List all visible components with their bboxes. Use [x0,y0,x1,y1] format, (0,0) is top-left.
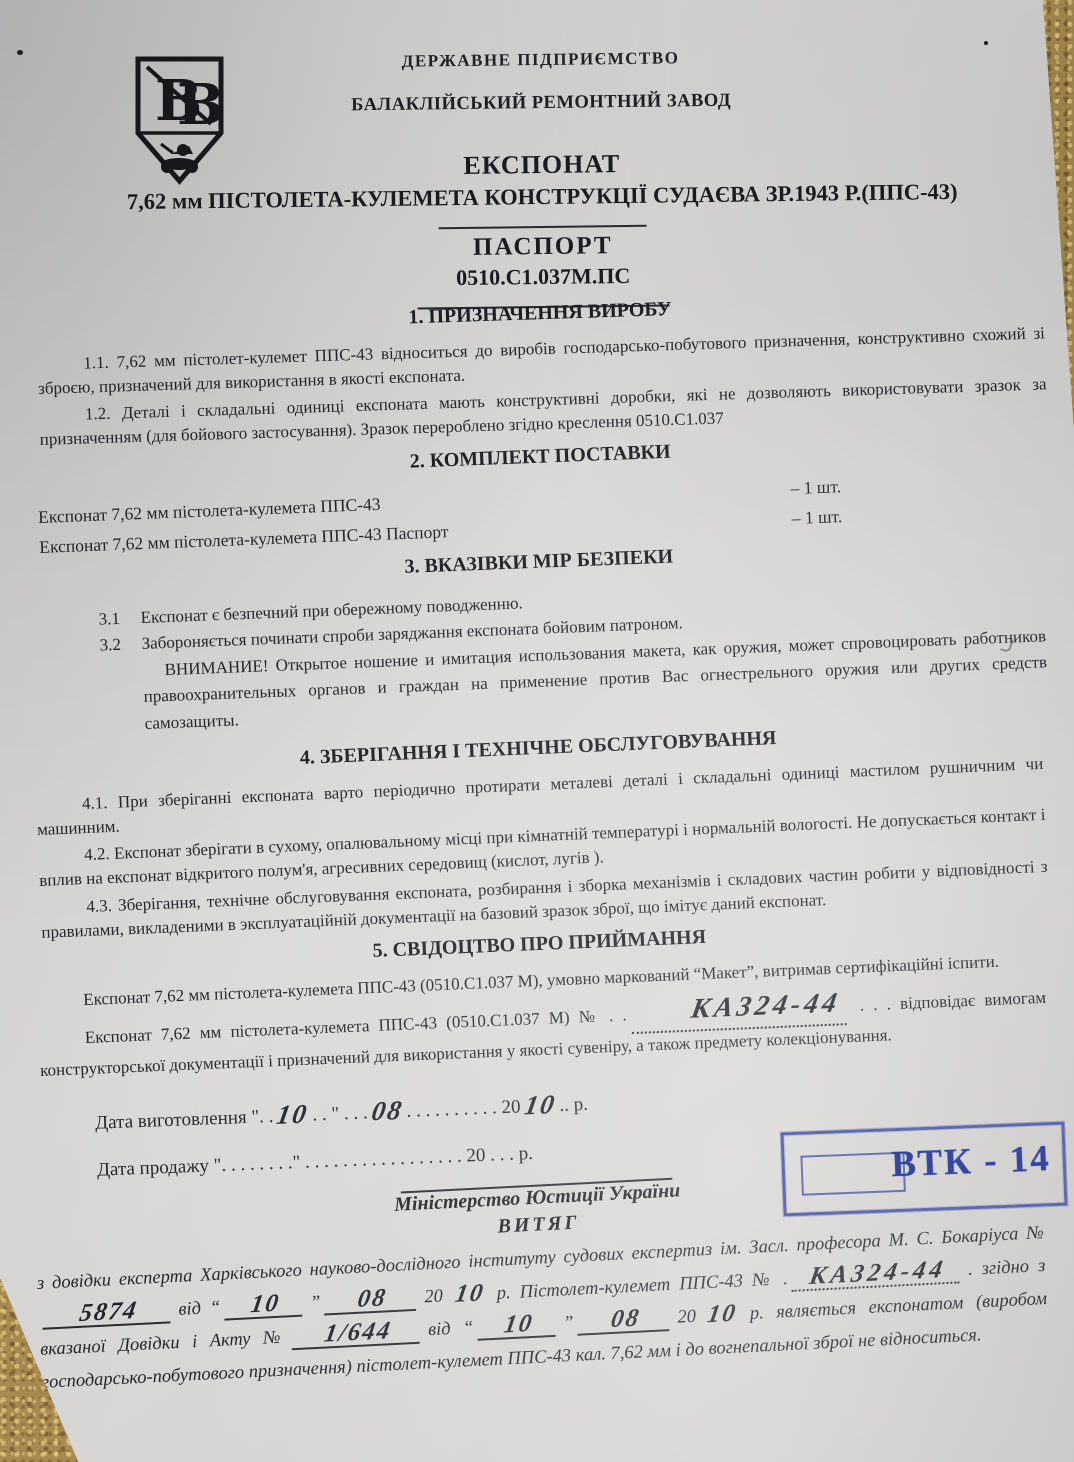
handwritten-month: 08 [324,1284,420,1316]
handwritten-year: 10 [443,1280,497,1308]
handwritten-day: 10 [224,1290,306,1321]
extract-text: ” [310,1293,321,1313]
handwritten-manufacture-day: 10 [275,1099,311,1131]
year-suffix: .. р. [559,1094,588,1116]
extract-text: ” [563,1313,574,1333]
quote-dots: . . " [312,1104,340,1126]
ink-dot [17,50,23,55]
extract-text: 20 [424,1287,443,1308]
section-safety: 3. ВКАЗІВКИ МІР БЕЗПЕКИ 3.1 Експонат є б… [35,531,1049,741]
dot-leader: . . . . . . . . . . . . . . . . . [305,1146,462,1173]
extract-text: 20 [677,1307,696,1328]
extract-text: р. Пістолет-кулемет ППС-43 № . [496,1269,788,1304]
dot-leader: . . . [343,1103,368,1125]
handwritten-serial-number: КА324-44 [632,983,854,1034]
extract-text: від “ [428,1318,474,1340]
sale-date-label: Дата продажу [97,1156,210,1181]
handwritten-month: 08 [577,1304,673,1336]
year-prefix: 20 [466,1145,486,1167]
svg-text:B: B [177,72,224,138]
quote-dots: ". . . . . . . ." [213,1152,301,1176]
vtk-quality-stamp: ВТК - 14 [780,1122,1067,1217]
dot-leader: . . . . . . . . . . [406,1098,497,1122]
handwritten-act-number: 1/644 [292,1317,424,1351]
safety-item-number: 3.2 [99,630,142,657]
manufacture-date-row: Дата виготовлення ". .10. . " . . .08. .… [94,1069,1044,1136]
extract-text: від “ [178,1298,221,1320]
divider-line [439,225,647,230]
manufacture-date-label: Дата виготовлення [95,1107,247,1134]
handwritten-manufacture-year: 10 [522,1089,558,1121]
year-prefix: 20 [501,1097,521,1119]
handwritten-manufacture-month: 08 [369,1095,405,1127]
handwritten-day: 10 [477,1310,559,1341]
section-storage: 4. ЗБЕРІГАННЯ І ТЕХНІЧНЕ ОБСЛУГОВУВАННЯ … [34,716,1049,945]
handwritten-year: 10 [696,1300,750,1328]
year-suffix: . . . р. [490,1143,534,1166]
paper-sheet: ДЕРЖАВНЕ ПІДПРИЄМСТВО БАЛАКЛІЙСЬКИЙ РЕМО… [0,0,1074,1462]
handwritten-ref-number: 5874 [42,1296,174,1330]
quote-dots: ". . [251,1106,274,1128]
document-content: ДЕРЖАВНЕ ПІДПРИЄМСТВО БАЛАКЛІЙСЬКИЙ РЕМО… [0,0,1074,1462]
ink-dot [984,41,988,45]
document-photo: ДЕРЖАВНЕ ПІДПРИЄМСТВО БАЛАКЛІЙСЬКИЙ РЕМО… [0,0,1074,1462]
handwritten-serial-number: КА324-44 [791,1256,964,1292]
factory-logo-icon: B B [131,54,228,186]
stamp-text: ВТК - 14 [890,1137,1051,1186]
safety-item-number: 3.1 [98,605,141,632]
